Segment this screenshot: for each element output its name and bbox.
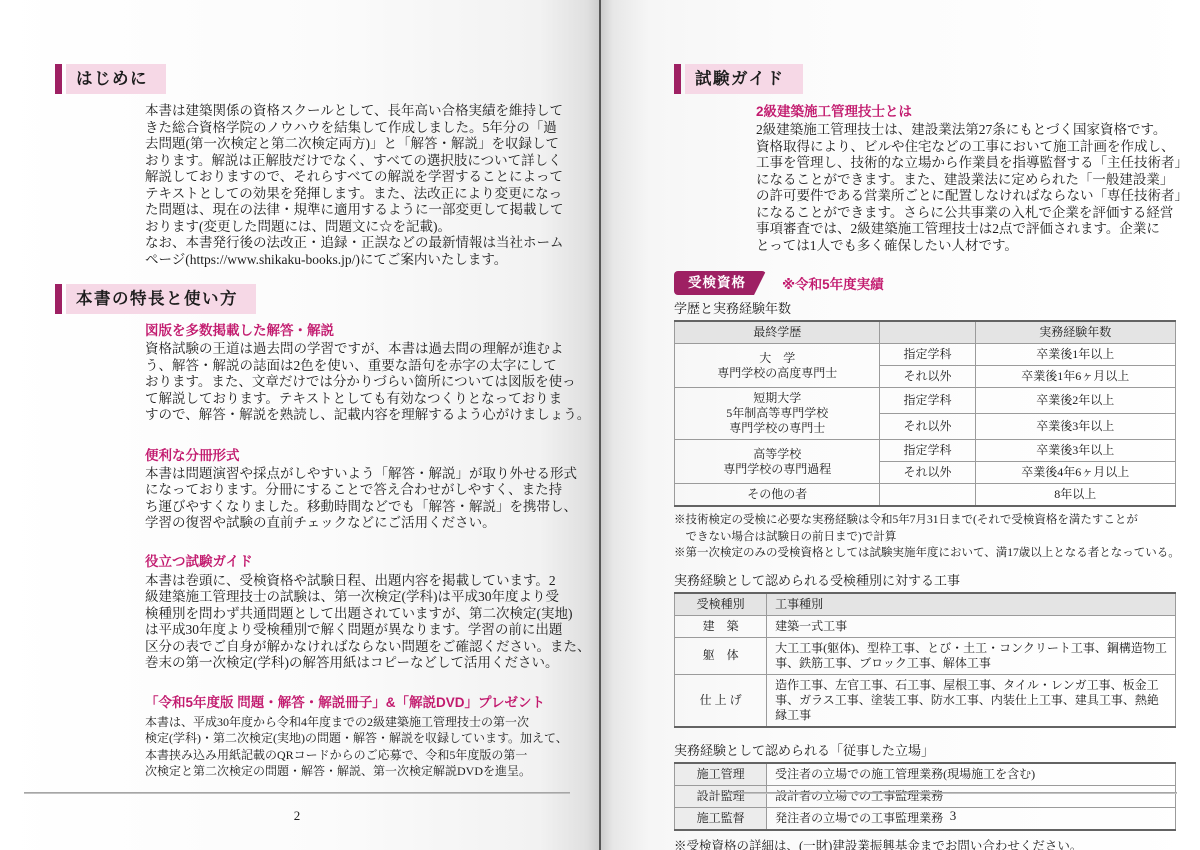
text-line: ※第一次検定のみの受検資格としては試験実施年度において、満17歳以上となる者とな… — [674, 545, 1176, 562]
footer-rule — [24, 792, 570, 794]
text-line: 検種別を問わず共通問題として出題されていますが、第二次検定(実地) — [145, 606, 567, 623]
table-cell: 卒業後4年6ヶ月以上 — [975, 462, 1175, 484]
table-row: 短期大学5年制高等専門学校専門学校の専門士指定学科卒業後2年以上 — [675, 388, 1176, 414]
table-cell: 設計者の立場での工事監理業務 — [767, 785, 1176, 807]
education-label-cell: 高等学校専門学校の専門過程 — [675, 440, 880, 484]
table-row: その他の者8年以上 — [675, 484, 1176, 507]
table-header-cell: 工事種別 — [767, 593, 1176, 616]
table-row: 設計監理設計者の立場での工事監理業務 — [675, 785, 1176, 807]
table-row: 施工管理受注者の立場での施工管理業務(現場施工を含む) — [675, 763, 1176, 786]
table-cell: 卒業後3年以上 — [975, 414, 1175, 440]
page-left-content: はじめに 本書は建築関係の資格スクールとして、長年高い合格実績を維持してきた総合… — [55, 64, 567, 780]
text-line: なお、本書発行後の法改正・追録・正誤などの最新情報は当社ホーム — [145, 235, 567, 252]
education-label-cell: 短期大学5年制高等専門学校専門学校の専門士 — [675, 388, 880, 440]
text-line: きた総合資格学院のノウハウを結集して作成しました。5年分の「過 — [145, 120, 567, 137]
text-line: は平成30年度より受検種別で解く問題が異なります。学習の前に出題 — [145, 622, 567, 639]
table-row: 大 学専門学校の高度専門士指定学科卒業後1年以上 — [675, 344, 1176, 366]
table-cell: 仕 上 げ — [675, 674, 767, 727]
table-cell: 設計監理 — [675, 785, 767, 807]
subsection-title: 「令和5年度版 問題・解答・解説冊子」&「解説DVD」プレゼント — [145, 694, 567, 711]
table-cell: 建 築 — [675, 615, 767, 637]
text-line: 検定(学科)・第二次検定(実地)の問題・解答・解説を収録しています。加えて、 — [145, 730, 567, 747]
text-line: 本書は建築関係の資格スクールとして、長年高い合格実績を維持して — [145, 103, 567, 120]
text-line: 資格試験の王道は過去問の学習ですが、本書は過去問の理解が進むよ — [145, 341, 567, 358]
section-heading-text: 試験ガイド — [685, 64, 803, 94]
text-line: になっております。分冊にすることで答え合わせがしやすく、また持 — [145, 482, 567, 499]
text-line: 本書は問題演習や採点がしやすいよう「解答・解説」が取り外せる形式 — [145, 466, 567, 483]
text-line: 2級建築施工管理技士は、建設業法第27条にもとづく国家資格です。 — [756, 122, 1176, 139]
table-cell: 8年以上 — [975, 484, 1175, 507]
text-line: 資格取得により、ビルや住宅などの工事において施工計画を作成し、 — [756, 139, 1176, 156]
text-line: になることができます。さらに公共事業の入札で企業を評価する経営 — [756, 205, 1176, 222]
education-label-cell: 大 学専門学校の高度専門士 — [675, 344, 880, 388]
section-heading-features: 本書の特長と使い方 — [55, 284, 567, 314]
works-table-grid: 受検種別工事種別建 築建築一式工事躯 体大工工事(躯体)、型枠工事、とび・土工・… — [674, 592, 1176, 728]
education-table-caption: 学歴と実務経験年数 — [674, 300, 1176, 317]
heading-accent-bar — [55, 284, 62, 314]
page-right: 試験ガイド 2級建築施工管理技士とは 2級建築施工管理技士は、建設業法第27条に… — [601, 0, 1200, 850]
education-table: 最終学歴実務経験年数大 学専門学校の高度専門士指定学科卒業後1年以上それ以外卒業… — [674, 320, 1176, 507]
table-cell: 指定学科 — [880, 388, 975, 414]
eligibility-footnote: ※受検資格の詳細は、(一財)建設業振興基金までお問い合わせください。 — [674, 838, 1176, 850]
intro-paragraph: 本書は建築関係の資格スクールとして、長年高い合格実績を維持してきた総合資格学院の… — [145, 103, 567, 268]
eligibility-badge-note: ※令和5年度実績 — [782, 273, 884, 293]
table-row: 躯 体大工工事(躯体)、型枠工事、とび・土工・コンクリート工事、鋼構造物工事、鉄… — [675, 637, 1176, 674]
heading-accent-bar — [674, 64, 681, 94]
text-line: て解説しております。テキストとしても有効なつくりとなっておりま — [145, 391, 567, 408]
table-cell — [880, 484, 975, 507]
table-cell: 受注者の立場での施工管理業務(現場施工を含む) — [767, 763, 1176, 786]
table-cell: 卒業後2年以上 — [975, 388, 1175, 414]
subsection-title: 役立つ試験ガイド — [145, 553, 567, 570]
table-header-cell: 実務経験年数 — [975, 321, 1175, 344]
text-line: 工事を管理し、技術的な立場から作業員を指導監督する「主任技術者」 — [756, 155, 1176, 172]
text-line: おります。解説は正解肢だけでなく、すべての選択肢について詳しく — [145, 153, 567, 170]
subsection-title: 便利な分冊形式 — [145, 447, 567, 464]
text-line: になることができます。また、建設業法に定められた「一般建設業」 — [756, 172, 1176, 189]
table-cell: 卒業後3年以上 — [975, 440, 1175, 462]
table-cell: 造作工事、左官工事、石工事、屋根工事、タイル・レンガ工事、板金工事、ガラス工事、… — [767, 674, 1176, 727]
subsection-title: 図版を多数掲載した解答・解説 — [145, 322, 567, 339]
text-line: おります(変更した問題には、問題文に☆を記載)。 — [145, 219, 567, 236]
section-heading-text: はじめに — [66, 64, 166, 94]
table-header-cell: 受検種別 — [675, 593, 767, 616]
table-cell: それ以外 — [880, 366, 975, 388]
works-table-caption: 実務経験として認められる受検種別に対する工事 — [674, 572, 1176, 589]
text-line: おります。また、文章だけでは分かりづらい箇所については図版を使っ — [145, 374, 567, 391]
text-line: 本書は、平成30年度から令和4年度までの2級建築施工管理技士の第一次 — [145, 714, 567, 731]
text-line: 去問題(第一次検定と第二次検定両方)」と「解答・解説」を収録して — [145, 136, 567, 153]
text-line: テキストとしての効果を発揮します。また、法改正により変更になっ — [145, 186, 567, 203]
table-cell: 指定学科 — [880, 344, 975, 366]
text-line: ち運びやすくなりました。移動時間などでも「解答・解説」を携帯し、 — [145, 499, 567, 516]
table-header-cell: 最終学歴 — [675, 321, 880, 344]
table-cell: それ以外 — [880, 462, 975, 484]
section-heading-text: 本書の特長と使い方 — [66, 284, 256, 314]
text-line: 学習の復習や試験の直前チェックなどにご活用ください。 — [145, 515, 567, 532]
page-number-right: 3 — [729, 808, 1177, 824]
table-row: 建 築建築一式工事 — [675, 615, 1176, 637]
text-line: 本書挟み込み用紙記載のQRコードからのご応募で、令和5年度版の第一 — [145, 747, 567, 764]
page-left: はじめに 本書は建築関係の資格スクールとして、長年高い合格実績を維持してきた総合… — [0, 0, 599, 850]
about-paragraph: 2級建築施工管理技士は、建設業法第27条にもとづく国家資格です。資格取得により、… — [756, 122, 1176, 254]
text-line: 解説しておりますので、それらすべての解説を学習することによって — [145, 169, 567, 186]
education-table-grid: 最終学歴実務経験年数大 学専門学校の高度専門士指定学科卒業後1年以上それ以外卒業… — [674, 320, 1176, 507]
text-line: ※技術検定の受検に必要な実務経験は令和5年7月31日まで(それで受検資格を満たす… — [674, 512, 1176, 529]
table-cell: 施工管理 — [675, 763, 767, 786]
book-spread: はじめに 本書は建築関係の資格スクールとして、長年高い合格実績を維持してきた総合… — [0, 0, 1200, 850]
subsection-paragraph: 本書は問題演習や採点がしやすいよう「解答・解説」が取り外せる形式になっております… — [145, 466, 567, 532]
text-line: できない場合は試験日の前日まで)で計算 — [674, 529, 1176, 546]
section-heading-guide: 試験ガイド — [674, 64, 1176, 94]
subsection-paragraph: 資格試験の王道は過去問の学習ですが、本書は過去問の理解が進むよう、解答・解説の誌… — [145, 341, 567, 424]
table-cell: 建築一式工事 — [767, 615, 1176, 637]
positions-table-caption: 実務経験として認められる「従事した立場」 — [674, 742, 1176, 759]
text-line: の許可要件である営業所ごとに配置しなければならない「専任技術者」 — [756, 188, 1176, 205]
text-line: 事項審査では、2級建築施工管理技士は2点で評価されます。企業に — [756, 221, 1176, 238]
page-number-left: 2 — [24, 808, 570, 824]
eligibility-notes: ※技術検定の受検に必要な実務経験は令和5年7月31日まで(それで受検資格を満たす… — [674, 512, 1176, 562]
text-line: 巻末の第一次検定(学科)の解答用紙はコピーなどして活用ください。 — [145, 655, 567, 672]
subsection-title: 2級建築施工管理技士とは — [756, 103, 1176, 120]
works-table: 受検種別工事種別建 築建築一式工事躯 体大工工事(躯体)、型枠工事、とび・土工・… — [674, 592, 1176, 728]
education-label-cell: その他の者 — [675, 484, 880, 507]
table-cell: 卒業後1年6ヶ月以上 — [975, 366, 1175, 388]
table-header-cell — [880, 321, 975, 344]
table-cell: 卒業後1年以上 — [975, 344, 1175, 366]
footer-rule — [729, 792, 1177, 794]
page-right-content: 試験ガイド 2級建築施工管理技士とは 2級建築施工管理技士は、建設業法第27条に… — [674, 64, 1176, 850]
subsection-paragraph: 本書は、平成30年度から令和4年度までの2級建築施工管理技士の第一次検定(学科)… — [145, 714, 567, 780]
text-line: 区分の表でご自身が解かなければならない問題をご確認ください。また、 — [145, 639, 567, 656]
table-row: 仕 上 げ造作工事、左官工事、石工事、屋根工事、タイル・レンガ工事、板金工事、ガ… — [675, 674, 1176, 727]
subsection-paragraph: 本書は巻頭に、受検資格や試験日程、出題内容を掲載しています。2級建築施工管理技士… — [145, 573, 567, 672]
text-line: ページ(https://www.shikaku-books.jp/)にてご案内い… — [145, 252, 567, 269]
heading-accent-bar — [55, 64, 62, 94]
eligibility-badge-row: 受検資格 ※令和5年度実績 — [674, 271, 1176, 295]
table-cell: 躯 体 — [675, 637, 767, 674]
text-line: 級建築施工管理技士の試験は、第一次検定(学科)は平成30年度より受 — [145, 589, 567, 606]
text-line: う、解答・解説の誌面は2色を使い、重要な語句を赤字の太字にして — [145, 358, 567, 375]
table-cell: 指定学科 — [880, 440, 975, 462]
text-line: とっては1人でも多く確保したい人材です。 — [756, 238, 1176, 255]
text-line: 次検定と第二次検定の問題・解答・解説、第一次検定解説DVDを進呈。 — [145, 763, 567, 780]
table-row: 高等学校専門学校の専門過程指定学科卒業後3年以上 — [675, 440, 1176, 462]
table-cell: 大工工事(躯体)、型枠工事、とび・土工・コンクリート工事、鋼構造物工事、鉄筋工事… — [767, 637, 1176, 674]
eligibility-badge: 受検資格 — [674, 271, 766, 295]
text-line: 本書は巻頭に、受検資格や試験日程、出題内容を掲載しています。2 — [145, 573, 567, 590]
table-cell: それ以外 — [880, 414, 975, 440]
section-heading-intro: はじめに — [55, 64, 567, 94]
text-line: すので、解答・解説を熟読し、記載内容を理解するよう心がけましょう。 — [145, 407, 567, 424]
text-line: た問題は、現在の法律・規準に適用するように一部変更して掲載して — [145, 202, 567, 219]
